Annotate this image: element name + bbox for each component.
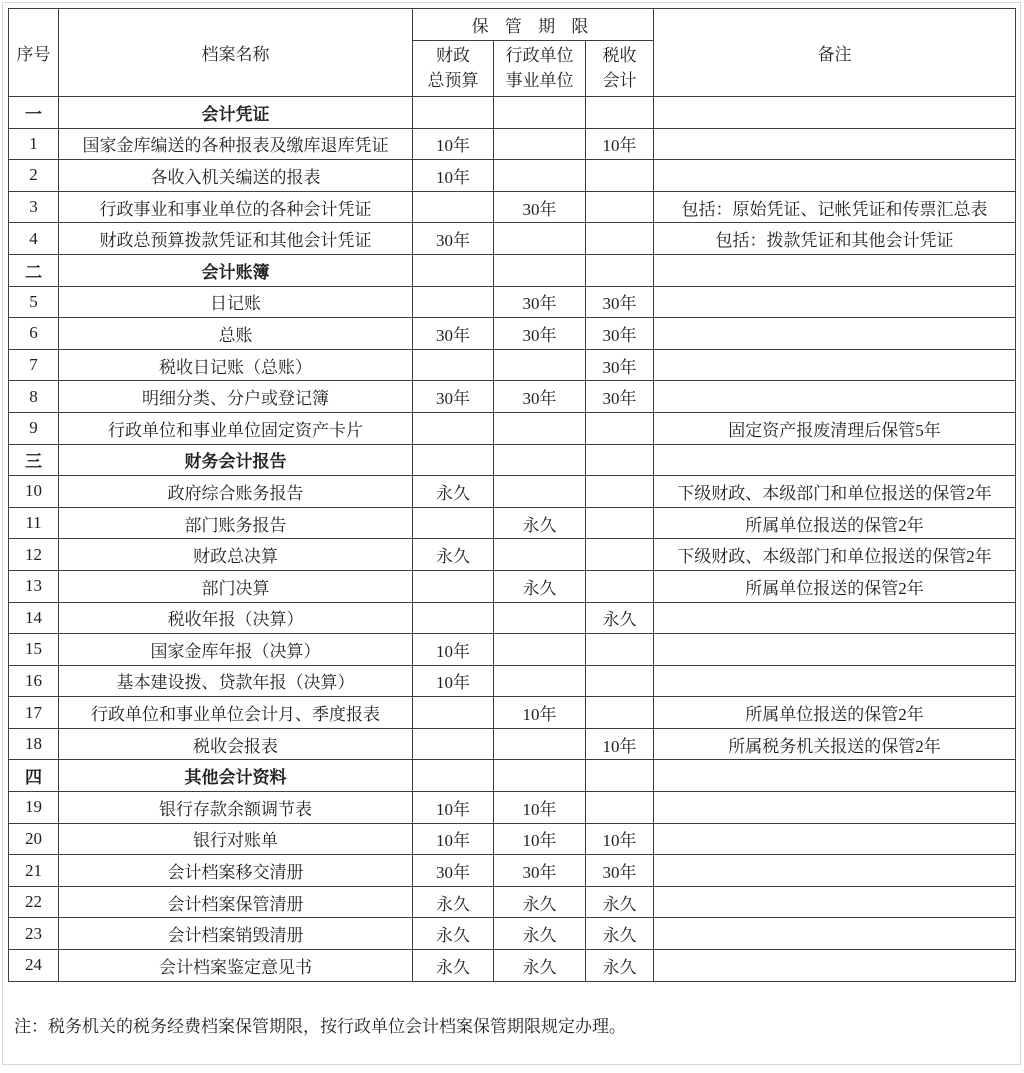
section-row: 三财务会计报告 — [9, 444, 1016, 476]
fiscal-budget-cell: 永久 — [413, 950, 494, 982]
serial-cell: 16 — [9, 665, 59, 697]
serial-cell: 8 — [9, 381, 59, 413]
table-row: 11部门账务报告永久所属单位报送的保管2年 — [9, 507, 1016, 539]
remark-cell — [654, 665, 1016, 697]
admin-unit-cell: 10年 — [494, 792, 586, 824]
remark-cell — [654, 444, 1016, 476]
table-row: 18税收会报表10年所属税务机关报送的保管2年 — [9, 728, 1016, 760]
header-tax-accounting-line2: 会计 — [586, 69, 653, 94]
remark-cell — [654, 886, 1016, 918]
table-header: 序号 档案名称 保 管 期 限 备注 财政 总预算 行政单位 事业单位 税收 会… — [9, 9, 1016, 97]
header-serial: 序号 — [9, 9, 59, 97]
admin-unit-cell — [494, 128, 586, 160]
serial-cell: 13 — [9, 570, 59, 602]
fiscal-budget-cell — [413, 349, 494, 381]
fiscal-budget-cell: 永久 — [413, 476, 494, 508]
tax-accounting-cell: 10年 — [586, 823, 654, 855]
footnote: 注：税务机关的税务经费档案保管期限，按行政单位会计档案保管期限规定办理。 — [14, 1012, 626, 1037]
archive-name-cell: 部门决算 — [59, 570, 413, 602]
tax-accounting-cell: 10年 — [586, 728, 654, 760]
table-row: 13部门决算永久所属单位报送的保管2年 — [9, 570, 1016, 602]
archive-name-cell: 部门账务报告 — [59, 507, 413, 539]
admin-unit-cell — [494, 602, 586, 634]
remark-cell: 下级财政、本级部门和单位报送的保管2年 — [654, 539, 1016, 571]
tax-accounting-cell: 永久 — [586, 950, 654, 982]
admin-unit-cell: 10年 — [494, 823, 586, 855]
fiscal-budget-cell — [413, 760, 494, 792]
fiscal-budget-cell — [413, 191, 494, 223]
tax-accounting-cell — [586, 697, 654, 729]
table-row: 3行政事业和事业单位的各种会计凭证30年包括：原始凭证、记帐凭证和传票汇总表 — [9, 191, 1016, 223]
remark-cell — [654, 97, 1016, 129]
tax-accounting-cell: 30年 — [586, 318, 654, 350]
serial-cell: 20 — [9, 823, 59, 855]
serial-cell: 6 — [9, 318, 59, 350]
tax-accounting-cell — [586, 476, 654, 508]
archive-name-cell: 银行存款余额调节表 — [59, 792, 413, 824]
tax-accounting-cell — [586, 160, 654, 192]
fiscal-budget-cell: 永久 — [413, 539, 494, 571]
tax-accounting-cell — [586, 507, 654, 539]
header-tax-accounting-line1: 税收 — [586, 44, 653, 69]
serial-cell: 5 — [9, 286, 59, 318]
table-body: 一会计凭证1国家金库编送的各种报表及缴库退库凭证10年10年2各收入机关编送的报… — [9, 97, 1016, 982]
retention-period-table: 序号 档案名称 保 管 期 限 备注 财政 总预算 行政单位 事业单位 税收 会… — [8, 8, 1016, 982]
serial-cell: 21 — [9, 855, 59, 887]
remark-cell: 固定资产报废清理后保管5年 — [654, 412, 1016, 444]
archive-name-cell: 行政单位和事业单位固定资产卡片 — [59, 412, 413, 444]
serial-cell: 一 — [9, 97, 59, 129]
fiscal-budget-cell: 10年 — [413, 634, 494, 666]
table-row: 22会计档案保管清册永久永久永久 — [9, 886, 1016, 918]
admin-unit-cell — [494, 97, 586, 129]
archive-name-cell: 各收入机关编送的报表 — [59, 160, 413, 192]
admin-unit-cell — [494, 444, 586, 476]
archive-name-cell: 明细分类、分户或登记簿 — [59, 381, 413, 413]
table-row: 15国家金库年报（决算）10年 — [9, 634, 1016, 666]
archive-name-cell: 基本建设拨、贷款年报（决算） — [59, 665, 413, 697]
fiscal-budget-cell: 10年 — [413, 792, 494, 824]
archive-name-cell: 日记账 — [59, 286, 413, 318]
tax-accounting-cell — [586, 760, 654, 792]
fiscal-budget-cell: 10年 — [413, 128, 494, 160]
remark-cell — [654, 318, 1016, 350]
fiscal-budget-cell: 永久 — [413, 918, 494, 950]
remark-cell: 所属单位报送的保管2年 — [654, 507, 1016, 539]
archive-name-cell: 财务会计报告 — [59, 444, 413, 476]
archive-name-cell: 会计账簿 — [59, 254, 413, 286]
remark-cell — [654, 160, 1016, 192]
admin-unit-cell — [494, 160, 586, 192]
admin-unit-cell: 30年 — [494, 318, 586, 350]
archive-name-cell: 税收年报（决算） — [59, 602, 413, 634]
tax-accounting-cell — [586, 634, 654, 666]
tax-accounting-cell: 30年 — [586, 855, 654, 887]
header-fiscal-budget: 财政 总预算 — [413, 41, 494, 97]
remark-cell: 下级财政、本级部门和单位报送的保管2年 — [654, 476, 1016, 508]
table-row: 12财政总决算永久下级财政、本级部门和单位报送的保管2年 — [9, 539, 1016, 571]
remark-cell — [654, 792, 1016, 824]
serial-cell: 15 — [9, 634, 59, 666]
serial-cell: 24 — [9, 950, 59, 982]
tax-accounting-cell: 10年 — [586, 128, 654, 160]
remark-cell: 包括：拨款凭证和其他会计凭证 — [654, 223, 1016, 255]
admin-unit-cell — [494, 254, 586, 286]
table-row: 4财政总预算拨款凭证和其他会计凭证30年包括：拨款凭证和其他会计凭证 — [9, 223, 1016, 255]
serial-cell: 9 — [9, 412, 59, 444]
remark-cell — [654, 349, 1016, 381]
admin-unit-cell: 30年 — [494, 191, 586, 223]
tax-accounting-cell: 永久 — [586, 886, 654, 918]
admin-unit-cell: 永久 — [494, 918, 586, 950]
tax-accounting-cell — [586, 792, 654, 824]
table-row: 21会计档案移交清册30年30年30年 — [9, 855, 1016, 887]
serial-cell: 三 — [9, 444, 59, 476]
remark-cell — [654, 128, 1016, 160]
remark-cell — [654, 602, 1016, 634]
admin-unit-cell: 10年 — [494, 697, 586, 729]
fiscal-budget-cell — [413, 97, 494, 129]
tax-accounting-cell — [586, 97, 654, 129]
table-row: 23会计档案销毁清册永久永久永久 — [9, 918, 1016, 950]
archive-name-cell: 税收日记账（总账） — [59, 349, 413, 381]
admin-unit-cell — [494, 728, 586, 760]
archive-name-cell: 会计凭证 — [59, 97, 413, 129]
serial-cell: 18 — [9, 728, 59, 760]
serial-cell: 2 — [9, 160, 59, 192]
tax-accounting-cell — [586, 191, 654, 223]
fiscal-budget-cell — [413, 697, 494, 729]
fiscal-budget-cell — [413, 254, 494, 286]
tax-accounting-cell: 30年 — [586, 381, 654, 413]
header-admin-unit-line2: 事业单位 — [494, 69, 585, 94]
header-tax-accounting: 税收 会计 — [586, 41, 654, 97]
tax-accounting-cell — [586, 539, 654, 571]
serial-cell: 10 — [9, 476, 59, 508]
table-row: 14税收年报（决算）永久 — [9, 602, 1016, 634]
table-row: 6总账30年30年30年 — [9, 318, 1016, 350]
tax-accounting-cell: 30年 — [586, 286, 654, 318]
section-row: 一会计凭证 — [9, 97, 1016, 129]
remark-cell: 所属单位报送的保管2年 — [654, 570, 1016, 602]
header-admin-unit-line1: 行政单位 — [494, 44, 585, 69]
serial-cell: 1 — [9, 128, 59, 160]
fiscal-budget-cell: 30年 — [413, 855, 494, 887]
serial-cell: 3 — [9, 191, 59, 223]
tax-accounting-cell — [586, 254, 654, 286]
archive-name-cell: 行政单位和事业单位会计月、季度报表 — [59, 697, 413, 729]
table-row: 5日记账30年30年 — [9, 286, 1016, 318]
serial-cell: 22 — [9, 886, 59, 918]
fiscal-budget-cell: 30年 — [413, 381, 494, 413]
archive-name-cell: 会计档案鉴定意见书 — [59, 950, 413, 982]
archive-name-cell: 行政事业和事业单位的各种会计凭证 — [59, 191, 413, 223]
archive-name-cell: 税收会报表 — [59, 728, 413, 760]
remark-cell — [654, 918, 1016, 950]
serial-cell: 11 — [9, 507, 59, 539]
header-retention-period: 保 管 期 限 — [413, 9, 654, 41]
remark-cell: 所属税务机关报送的保管2年 — [654, 728, 1016, 760]
admin-unit-cell — [494, 665, 586, 697]
serial-cell: 12 — [9, 539, 59, 571]
remark-cell — [654, 950, 1016, 982]
admin-unit-cell — [494, 349, 586, 381]
remark-cell — [654, 855, 1016, 887]
serial-cell: 二 — [9, 254, 59, 286]
table-row: 20银行对账单10年10年10年 — [9, 823, 1016, 855]
archive-name-cell: 财政总决算 — [59, 539, 413, 571]
table-row: 16基本建设拨、贷款年报（决算）10年 — [9, 665, 1016, 697]
table-row: 10政府综合账务报告永久下级财政、本级部门和单位报送的保管2年 — [9, 476, 1016, 508]
serial-cell: 7 — [9, 349, 59, 381]
admin-unit-cell: 30年 — [494, 855, 586, 887]
remark-cell — [654, 760, 1016, 792]
remark-cell — [654, 634, 1016, 666]
section-row: 二会计账簿 — [9, 254, 1016, 286]
archive-name-cell: 国家金库年报（决算） — [59, 634, 413, 666]
tax-accounting-cell — [586, 223, 654, 255]
tax-accounting-cell — [586, 412, 654, 444]
table-row: 2各收入机关编送的报表10年 — [9, 160, 1016, 192]
serial-cell: 14 — [9, 602, 59, 634]
admin-unit-cell: 永久 — [494, 507, 586, 539]
admin-unit-cell — [494, 412, 586, 444]
admin-unit-cell — [494, 476, 586, 508]
table-row: 24会计档案鉴定意见书永久永久永久 — [9, 950, 1016, 982]
tax-accounting-cell: 永久 — [586, 602, 654, 634]
table-row: 19银行存款余额调节表10年10年 — [9, 792, 1016, 824]
serial-cell: 四 — [9, 760, 59, 792]
fiscal-budget-cell: 永久 — [413, 886, 494, 918]
remark-cell: 包括：原始凭证、记帐凭证和传票汇总表 — [654, 191, 1016, 223]
admin-unit-cell: 30年 — [494, 381, 586, 413]
tax-accounting-cell — [586, 444, 654, 476]
archive-name-cell: 其他会计资料 — [59, 760, 413, 792]
archive-name-cell: 总账 — [59, 318, 413, 350]
archive-name-cell: 国家金库编送的各种报表及缴库退库凭证 — [59, 128, 413, 160]
serial-cell: 4 — [9, 223, 59, 255]
table-row: 1国家金库编送的各种报表及缴库退库凭证10年10年 — [9, 128, 1016, 160]
table-row: 7税收日记账（总账）30年 — [9, 349, 1016, 381]
archive-name-cell: 会计档案保管清册 — [59, 886, 413, 918]
admin-unit-cell: 30年 — [494, 286, 586, 318]
tax-accounting-cell — [586, 665, 654, 697]
admin-unit-cell — [494, 223, 586, 255]
tax-accounting-cell — [586, 570, 654, 602]
admin-unit-cell: 永久 — [494, 950, 586, 982]
remark-cell — [654, 381, 1016, 413]
tax-accounting-cell: 30年 — [586, 349, 654, 381]
fiscal-budget-cell — [413, 286, 494, 318]
header-remarks: 备注 — [654, 9, 1016, 97]
serial-cell: 19 — [9, 792, 59, 824]
header-fiscal-budget-line2: 总预算 — [413, 69, 493, 94]
table-row: 17行政单位和事业单位会计月、季度报表10年所属单位报送的保管2年 — [9, 697, 1016, 729]
archive-name-cell: 会计档案销毁清册 — [59, 918, 413, 950]
fiscal-budget-cell: 10年 — [413, 160, 494, 192]
remark-cell — [654, 286, 1016, 318]
admin-unit-cell — [494, 539, 586, 571]
serial-cell: 17 — [9, 697, 59, 729]
fiscal-budget-cell — [413, 444, 494, 476]
fiscal-budget-cell — [413, 570, 494, 602]
archive-name-cell: 财政总预算拨款凭证和其他会计凭证 — [59, 223, 413, 255]
fiscal-budget-cell: 10年 — [413, 823, 494, 855]
fiscal-budget-cell — [413, 507, 494, 539]
remark-cell — [654, 254, 1016, 286]
archive-name-cell: 政府综合账务报告 — [59, 476, 413, 508]
header-admin-unit: 行政单位 事业单位 — [494, 41, 586, 97]
fiscal-budget-cell: 10年 — [413, 665, 494, 697]
admin-unit-cell — [494, 760, 586, 792]
table-row: 9行政单位和事业单位固定资产卡片固定资产报废清理后保管5年 — [9, 412, 1016, 444]
header-fiscal-budget-line1: 财政 — [413, 44, 493, 69]
section-row: 四其他会计资料 — [9, 760, 1016, 792]
admin-unit-cell — [494, 634, 586, 666]
header-archive-name: 档案名称 — [59, 9, 413, 97]
fiscal-budget-cell — [413, 412, 494, 444]
archive-name-cell: 银行对账单 — [59, 823, 413, 855]
remark-cell: 所属单位报送的保管2年 — [654, 697, 1016, 729]
admin-unit-cell: 永久 — [494, 886, 586, 918]
table-row: 8明细分类、分户或登记簿30年30年30年 — [9, 381, 1016, 413]
admin-unit-cell: 永久 — [494, 570, 586, 602]
tax-accounting-cell: 永久 — [586, 918, 654, 950]
remark-cell — [654, 823, 1016, 855]
fiscal-budget-cell: 30年 — [413, 318, 494, 350]
archive-name-cell: 会计档案移交清册 — [59, 855, 413, 887]
fiscal-budget-cell — [413, 728, 494, 760]
fiscal-budget-cell — [413, 602, 494, 634]
fiscal-budget-cell: 30年 — [413, 223, 494, 255]
serial-cell: 23 — [9, 918, 59, 950]
